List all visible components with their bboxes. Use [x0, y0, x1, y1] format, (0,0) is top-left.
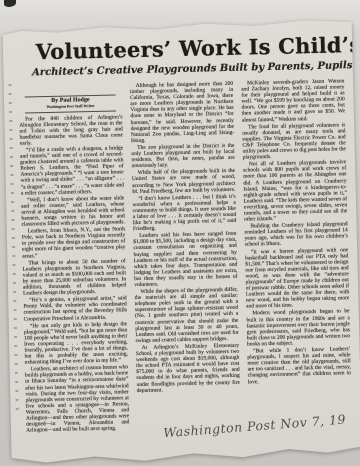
article-paragraph: Leathers said his fees have ranged from …: [133, 231, 238, 288]
article-paragraph: Leathers, an architect of custom homes w…: [25, 364, 130, 433]
scan-corner-speck: [4, 0, 16, 7]
article-paragraph: McKinley seventh-graders Jason Watson an…: [241, 78, 345, 123]
article-paragraph: That brings to about 50 the number of Le…: [22, 258, 126, 297]
article-paragraph: “It was a barren playground with one bas…: [245, 247, 350, 310]
article-paragraph: Modern wood playgrounds began to be buil…: [246, 309, 350, 348]
article-paragraph: Building the Cranberry Island playground…: [244, 221, 348, 248]
article-paragraph: “I’d like a castle with a dungeon, a bri…: [20, 145, 124, 196]
article-paragraph: Although he has designed more than 200 t…: [130, 81, 235, 144]
article-paragraph: While half of the playgrounds built in t…: [132, 168, 236, 195]
article-paragraph: “He’s a genius, a playground artist,” sa…: [23, 295, 127, 322]
article-paragraph: “I don’t know Leathers . . . but I think…: [132, 193, 236, 232]
torn-edge-marks: [8, 84, 18, 414]
article-column-2: Although he has designed more than 200 t…: [130, 81, 241, 433]
article-column-3: McKinley seventh-graders Jason Watson an…: [241, 78, 352, 430]
article-paragraph: “Well, I don’t know about the water slid…: [21, 195, 125, 228]
article-paragraph: “But while I don’t know Leathers’ playgr…: [247, 346, 351, 385]
article-paragraph: The zoo playground in the District is th…: [131, 143, 235, 170]
article-column-1: By Paul Hodge Washington Post Staff Writ…: [18, 83, 129, 435]
article-headline: Volunteers’ Work Is Child’s Play: [35, 32, 347, 64]
article-paragraph: While the shapes of the playgrounds diff…: [134, 287, 239, 344]
article-paragraph: The food for all playground volunteers i…: [242, 122, 346, 161]
byline-box: By Paul Hodge Washington Post Staff Writ…: [25, 94, 117, 113]
article-paragraph: At Arlington’s McKinley Elementary Schoo…: [136, 343, 240, 394]
column-1-text: For the 840 children of Arlington’s Abin…: [19, 114, 130, 434]
byline-organization: Washington Post Staff Writer: [25, 103, 116, 110]
column-3-text: McKinley seventh-graders Jason Watson an…: [241, 78, 351, 385]
article-paragraph: Leathers, from Ithaca, N.Y., not the Nor…: [22, 226, 126, 259]
article-columns: By Paul Hodge Washington Post Staff Writ…: [18, 78, 352, 435]
article-paragraph: “He not only got kids to help design the…: [24, 321, 128, 366]
clipping-paper: Volunteers’ Work Is Child’s Play Archite…: [1, 18, 360, 466]
column-2-text: Although he has designed more than 200 t…: [130, 81, 240, 394]
article-paragraph: Not all of Leathers playgrounds involve …: [243, 159, 348, 222]
newspaper-clipping: Volunteers’ Work Is Child’s Play Archite…: [5, 22, 357, 462]
scanned-newspaper-page: { "article": { "headline": "Volunteers\u…: [0, 0, 360, 466]
article-paragraph: For the 840 children of Arlington’s Abin…: [19, 114, 123, 147]
